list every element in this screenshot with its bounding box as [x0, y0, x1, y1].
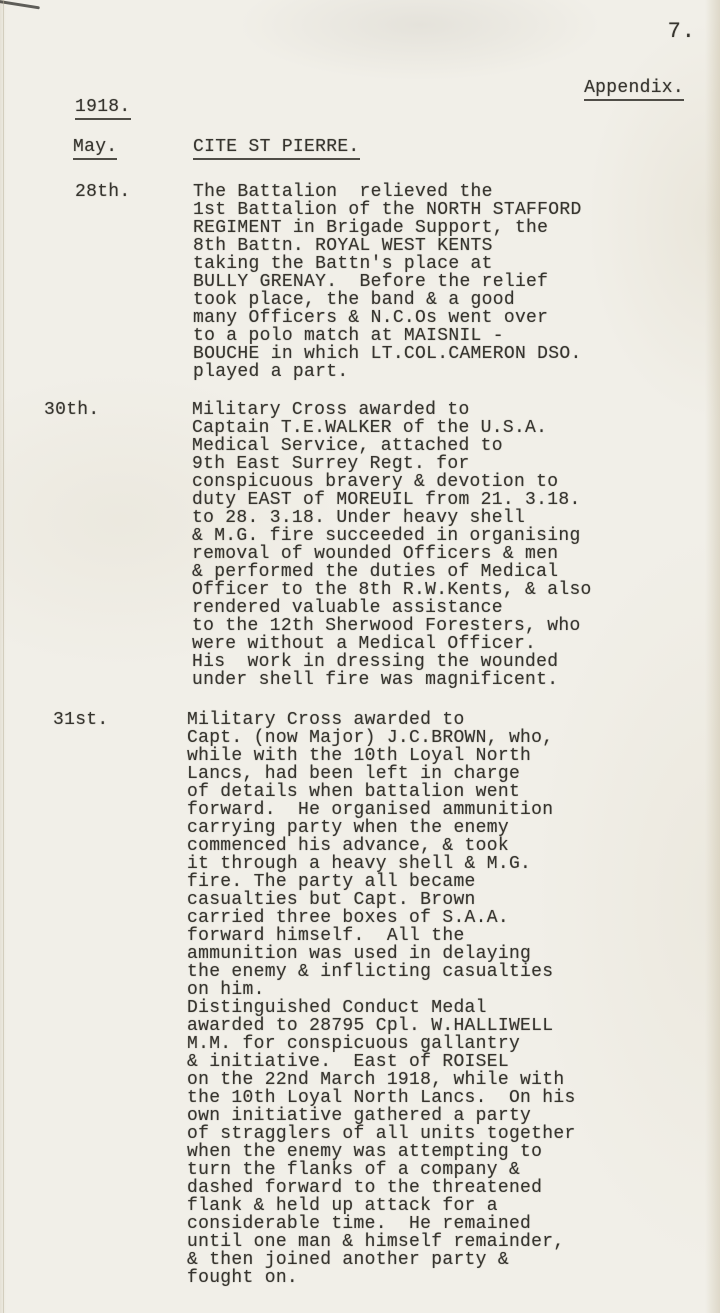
- month-label: May.: [73, 138, 117, 160]
- entry-date-31st: 31st.: [53, 711, 109, 729]
- year-label: 1918.: [75, 98, 131, 120]
- appendix-label: Appendix.: [584, 79, 684, 101]
- document-page: 7. Appendix. 1918. May. CITE ST PIERRE. …: [0, 0, 720, 1313]
- month-label-text: May.: [73, 138, 117, 160]
- location-heading-text: CITE ST PIERRE.: [193, 138, 360, 160]
- year-label-text: 1918.: [75, 98, 131, 120]
- page-number: 7.: [668, 20, 696, 44]
- location-heading: CITE ST PIERRE.: [193, 138, 360, 160]
- entry-text-30th: Military Cross awarded to Captain T.E.WA…: [192, 401, 592, 689]
- entry-text-28th: The Battalion relieved the 1st Battalion…: [193, 183, 582, 381]
- scan-corner-mark: [0, 0, 40, 9]
- entry-date-28th: 28th.: [75, 183, 131, 201]
- entry-text-31st: Military Cross awarded to Capt. (now Maj…: [187, 711, 576, 1287]
- entry-date-30th: 30th.: [44, 401, 100, 419]
- appendix-label-text: Appendix.: [584, 79, 684, 101]
- scan-edge-streak: [3, 0, 4, 1313]
